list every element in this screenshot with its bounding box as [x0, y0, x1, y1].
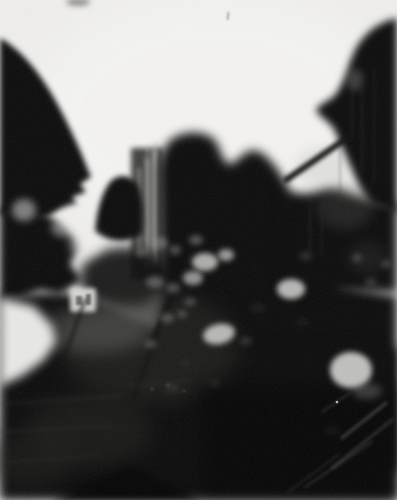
film-grain-overlay — [0, 0, 397, 500]
garden-photo-canvas — [0, 0, 397, 500]
photograph — [0, 0, 397, 500]
